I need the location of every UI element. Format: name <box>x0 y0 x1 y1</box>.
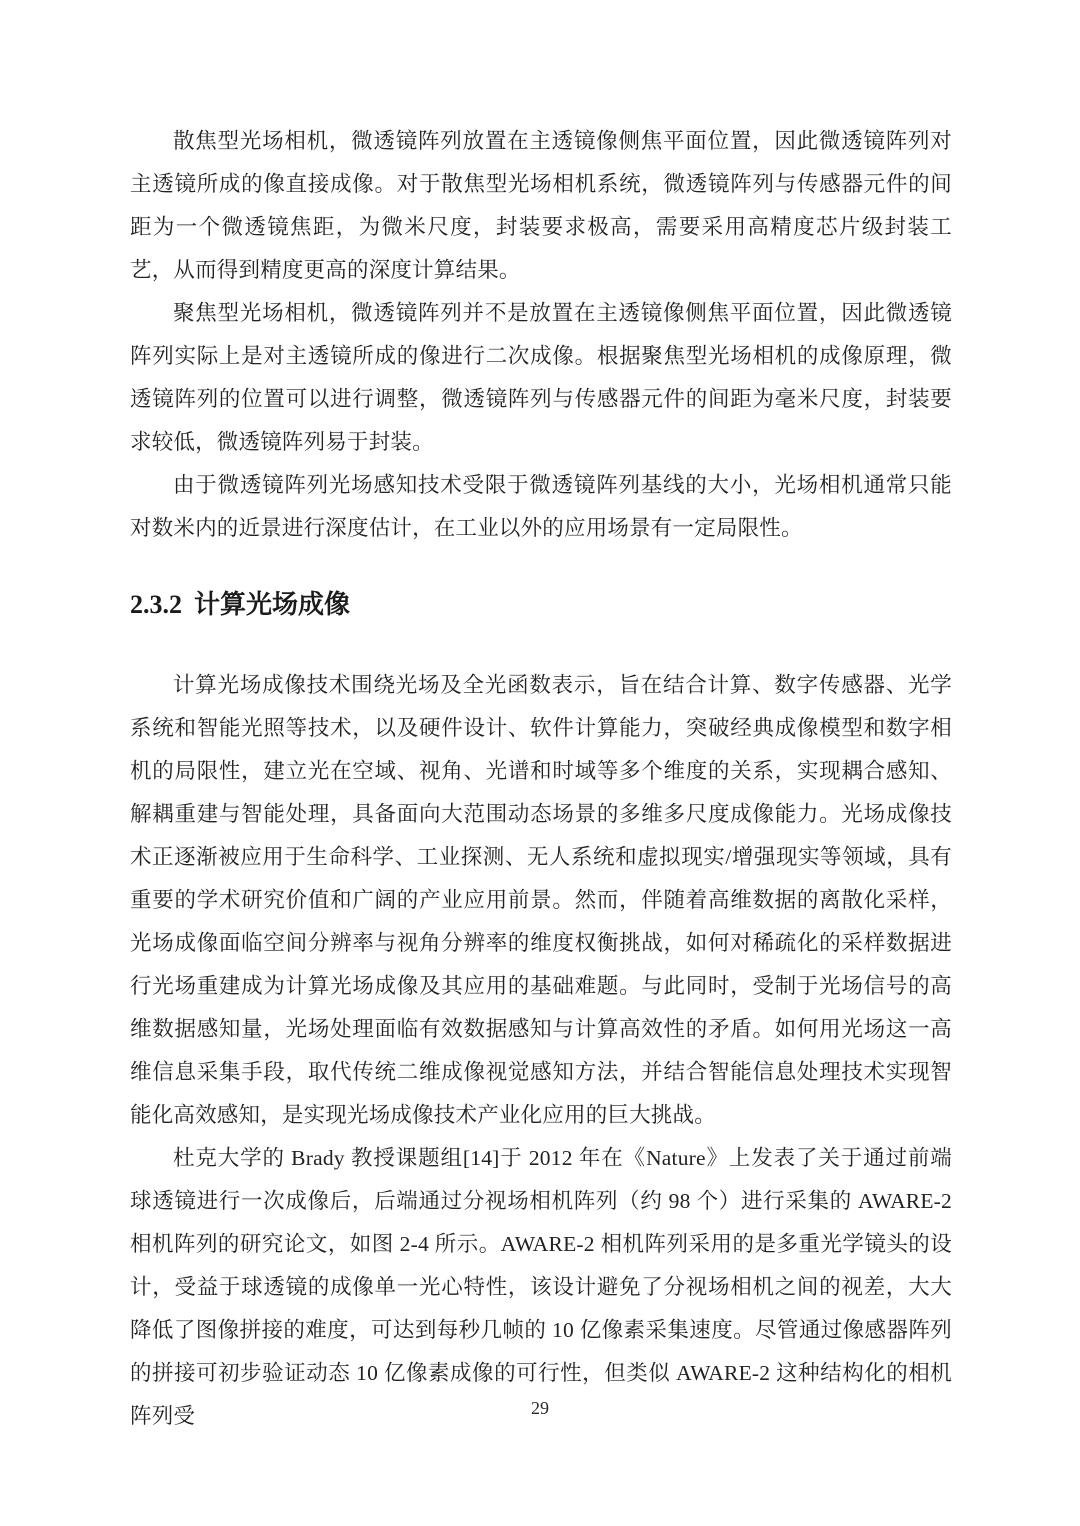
para-defocus-type-camera: 散焦型光场相机，微透镜阵列放置在主透镜像侧焦平面位置，因此微透镜阵列对主透镜所成… <box>130 120 952 292</box>
para-aware2-camera-array: 杜克大学的 Brady 教授课题组[14]于 2012 年在《Nature》上发… <box>130 1137 952 1438</box>
para-mla-limitation: 由于微透镜阵列光场感知技术受限于微透镜阵列基线的大小，光场相机通常只能对数米内的… <box>130 464 952 550</box>
page-content: 散焦型光场相机，微透镜阵列放置在主透镜像侧焦平面位置，因此微透镜阵列对主透镜所成… <box>130 120 952 1438</box>
document-page: 散焦型光场相机，微透镜阵列放置在主透镜像侧焦平面位置，因此微透镜阵列对主透镜所成… <box>0 0 1080 1526</box>
section-heading-number: 2.3.2 <box>130 590 182 619</box>
page-number: 29 <box>0 1396 1080 1420</box>
section-heading-title: 计算光场成像 <box>194 590 350 619</box>
para-focus-type-camera: 聚焦型光场相机，微透镜阵列并不是放置在主透镜像侧焦平面位置，因此微透镜阵列实际上… <box>130 292 952 464</box>
section-heading: 2.3.2计算光场成像 <box>130 582 952 628</box>
para-computational-lf-imaging: 计算光场成像技术围绕光场及全光函数表示，旨在结合计算、数字传感器、光学系统和智能… <box>130 664 952 1137</box>
